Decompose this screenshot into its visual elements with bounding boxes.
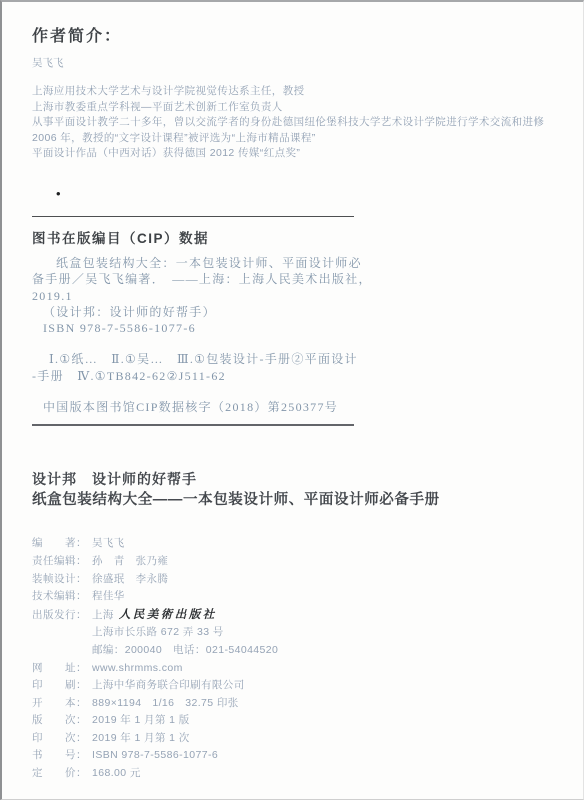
colophon-row: 编 著： 吴飞飞 <box>32 535 555 553</box>
colophon-label: 技术编辑： <box>32 588 92 606</box>
cip-line-year: 2019.1 <box>32 288 362 304</box>
colophon-row: 印 刷： 上海中华商务联合印刷有限公司 <box>32 677 555 695</box>
colophon-label: 印 刷： <box>32 677 92 695</box>
cip-classification-line: -手册 Ⅳ.①TB842-62②J511-62 <box>32 368 362 384</box>
series-title: 设计邦 设计师的好帮手 <box>32 470 555 488</box>
cip-line-title: 纸盒包装结构大全：一本包装设计师、平面设计师必 <box>32 255 362 271</box>
colophon-label: 定 价： <box>32 765 92 783</box>
colophon-row: 版 次： 2019 年 1 月第 1 版 <box>32 712 555 730</box>
publisher-brand-logotype: 人民美術出版社 <box>119 606 217 624</box>
author-bio-line: 2006 年，教授的“文字设计课程”被评选为“上海市精品课程” <box>32 131 555 147</box>
author-bio: 上海应用技术大学艺术与设计学院视觉传达系主任，教授 上海市教委重点学科视—平面艺… <box>32 84 555 162</box>
colophon-value: 上海中华商务联合印刷有限公司 <box>92 677 245 695</box>
cip-heading: 图书在版编目（CIP）数据 <box>32 230 555 247</box>
cip-record-number: 中国版本图书馆CIP数据核字（2018）第250377号 <box>32 399 362 415</box>
colophon-row: 技术编辑： 程佳华 <box>32 588 555 606</box>
colophon-row: 定 价： 168.00 元 <box>32 765 555 783</box>
cip-gap <box>32 336 362 351</box>
colophon-label: 印 次： <box>32 730 92 748</box>
colophon-row: 网 址： www.shrmms.com <box>32 660 555 678</box>
bullet-dot: • <box>56 190 555 198</box>
author-bio-line: 平面设计作品（中西对话）获得德国 2012 传媒“红点奖” <box>32 146 555 162</box>
colophon-row: 邮编：200040 电话：021-54044520 <box>32 642 555 660</box>
author-bio-line: 从事平面设计教学二十多年，曾以交流学者的身份赴德国纽伦堡科技大学艺术设计学院进行… <box>32 115 555 131</box>
colophon-value: 2019 年 1 月第 1 次 <box>92 730 190 748</box>
colophon-value: 孙 青 张乃雍 <box>92 553 168 571</box>
book-title: 纸盒包装结构大全——一本包装设计师、平面设计师必备手册 <box>32 491 555 510</box>
colophon-row: 责任编辑： 孙 青 张乃雍 <box>32 553 555 571</box>
colophon-row: 书 号： ISBN 978-7-5586-1077-6 <box>32 747 555 765</box>
author-bio-line: 上海市教委重点学科视—平面艺术创新工作室负责人 <box>32 100 555 116</box>
cip-line-publisher: 备手册／吴飞飞编著． ——上海：上海人民美术出版社， <box>32 271 362 287</box>
author-bio-line: 上海应用技术大学艺术与设计学院视觉传达系主任，教授 <box>32 84 555 100</box>
colophon-value: 吴飞飞 <box>92 535 125 553</box>
colophon-value: 徐盛珉 李永腾 <box>92 571 168 589</box>
colophon-value: 889×1194 1/16 32.75 印张 <box>92 695 239 713</box>
colophon: 编 著： 吴飞飞 责任编辑： 孙 青 张乃雍 装帧设计： 徐盛珉 李永腾 技术编… <box>32 535 555 782</box>
divider-line-bottom <box>32 424 354 426</box>
cip-gap <box>32 384 362 399</box>
author-name: 吴飞飞 <box>32 56 555 70</box>
colophon-label: 版 次： <box>32 712 92 730</box>
colophon-value: 2019 年 1 月第 1 版 <box>92 712 190 730</box>
colophon-label: 开 本： <box>32 695 92 713</box>
colophon-value: 上海市长乐路 672 弄 33 号 <box>92 624 224 642</box>
cip-line-isbn: ISBN 978-7-5586-1077-6 <box>32 320 362 336</box>
author-intro-heading: 作者简介： <box>32 28 555 46</box>
colophon-value: 邮编：200040 电话：021-54044520 <box>92 642 278 660</box>
cip-block: 纸盒包装结构大全：一本包装设计师、平面设计师必 备手册／吴飞飞编著． ——上海：… <box>32 255 362 415</box>
colophon-value: ISBN 978-7-5586-1077-6 <box>92 747 218 765</box>
colophon-value: 程佳华 <box>92 588 125 606</box>
colophon-value: www.shrmms.com <box>92 660 183 678</box>
colophon-label: 责任编辑： <box>32 553 92 571</box>
colophon-value: 上海 <box>92 607 114 625</box>
colophon-row: 上海市长乐路 672 弄 33 号 <box>32 624 555 642</box>
colophon-row: 出版发行： 上海 人民美術出版社 <box>32 606 555 625</box>
colophon-value: 168.00 元 <box>92 765 141 783</box>
cip-classification-line: Ⅰ.①纸… Ⅱ.①吴… Ⅲ.①包装设计-手册②平面设计 <box>32 351 362 367</box>
colophon-row: 印 次： 2019 年 1 月第 1 次 <box>32 730 555 748</box>
document-page: 作者简介： 吴飞飞 上海应用技术大学艺术与设计学院视觉传达系主任，教授 上海市教… <box>0 0 584 800</box>
colophon-label: 书 号： <box>32 747 92 765</box>
cip-line-series: （设计邦：设计师的好帮手） <box>32 304 362 320</box>
colophon-label: 网 址： <box>32 660 92 678</box>
colophon-row: 开 本： 889×1194 1/16 32.75 印张 <box>32 695 555 713</box>
colophon-label: 装帧设计： <box>32 571 92 589</box>
colophon-label: 编 著： <box>32 535 92 553</box>
colophon-label: 出版发行： <box>32 607 92 625</box>
colophon-row: 装帧设计： 徐盛珉 李永腾 <box>32 571 555 589</box>
divider-line-top <box>32 216 354 217</box>
